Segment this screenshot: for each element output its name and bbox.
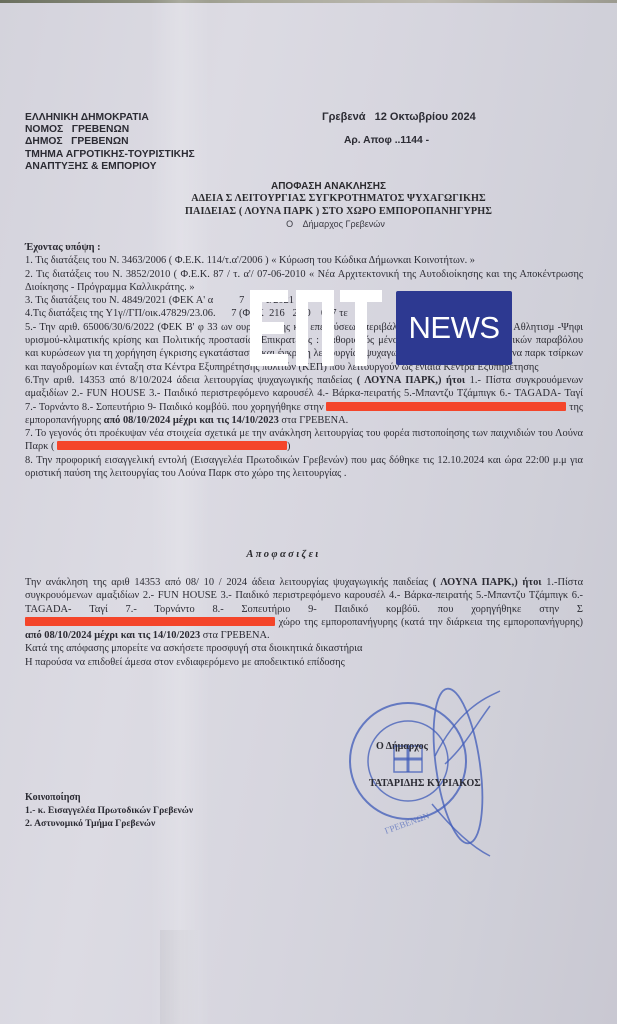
news-logo-text: NEWS — [409, 310, 500, 346]
issuer-line: ΕΛΛΗΝΙΚΗ ΔΗΜΟΚΡΑΤΙΑ — [25, 112, 195, 124]
considering-item-7: 7. Το γεγονός ότι προέκυψαν νέα στοιχεία… — [25, 427, 583, 454]
document-page: ΕΛΛΗΝΙΚΗ ΔΗΜΟΚΡΑΤΙΑ ΝΟΜΟΣ ΓΡΕΒΕΝΩΝ ΔΗΜΟΣ… — [0, 0, 617, 1024]
signatory-role: Ο Δήμαρχος — [376, 741, 428, 752]
notification-list: Κοινοποίηση 1.- κ. Εισαγγελέα Πρωτοδικών… — [25, 791, 193, 830]
decision-section: Την ανάκληση της αριθ 14353 από 08/ 10 /… — [25, 576, 583, 669]
document-title: ΑΠΟΦΑΣΗ ΑΝΑΚΛΗΣΗΣ ΑΔΕΙΑ Σ ΛΕΙΤΟΥΡΓΙΑΣ ΣΥ… — [0, 181, 617, 230]
title-line: ΠΑΙΔΕΙΑΣ ( ΛΟΥΝΑ ΠΑΡΚ ) ΣΤΟ ΧΩΡΟ ΕΜΠΟΡΟΠ… — [60, 206, 617, 219]
svg-text:ΓΡΕΒΕΝΩΝ: ΓΡΕΒΕΝΩΝ — [383, 810, 431, 836]
signatory-name: ΤΑΤΑΡΙΔΗΣ ΚΥΡΙΑΚΟΣ — [369, 778, 481, 789]
mayor-line: Ο Δήμαρχος Γρεβενών — [54, 218, 617, 230]
redaction-bar — [25, 617, 275, 626]
considering-item: 1. Τις διατάξεις του Ν. 3463/2006 ( Φ.Ε.… — [25, 254, 583, 267]
notification-item: 2. Αστυνομικό Τμήμα Γρεβενών — [25, 817, 193, 830]
appeal-note: Κατά της απόφασης μπορείτε να ασκήσετε π… — [25, 642, 583, 655]
decision-number: Αρ. Αποφ ..1144 - — [344, 135, 476, 146]
title-line: ΑΔΕΙΑ Σ ΛΕΙΤΟΥΡΓΙΑΣ ΣΥΓΚΡΟΤΗΜΑΤΟΣ ΨΥΧΑΓΩ… — [60, 193, 617, 206]
decides-heading: Αποφασιζει — [0, 549, 592, 560]
notification-heading: Κοινοποίηση — [25, 791, 193, 804]
decision-paragraph: Την ανάκληση της αριθ 14353 από 08/ 10 /… — [25, 576, 583, 642]
municipal-stamp-and-signature: ΓΡΕΒΕΝΩΝ — [340, 686, 510, 866]
place-date: Γρεβενά 12 Οκτωβρίου 2024 — [322, 111, 476, 123]
considering-item-6: 6.Την αριθ. 14353 από 8/10/2024 άδεια λε… — [25, 374, 583, 427]
ert-logo — [250, 290, 382, 366]
title-line: ΑΠΟΦΑΣΗ ΑΝΑΚΛΗΣΗΣ — [40, 181, 617, 193]
notification-item: 1.- κ. Εισαγγελέα Πρωτοδικών Γρεβενών — [25, 804, 193, 817]
issuer-line: ΤΜΗΜΑ ΑΓΡΟΤΙΚΗΣ-ΤΟΥΡΙΣΤΙΚΗΣ — [25, 149, 195, 161]
issuer-line: ΝΟΜΟΣ ΓΡΕΒΕΝΩΝ — [25, 124, 195, 136]
redaction-bar — [57, 441, 287, 450]
news-logo: NEWS — [396, 291, 512, 365]
date-number-block: Γρεβενά 12 Οκτωβρίου 2024 Αρ. Αποφ ..114… — [322, 111, 476, 146]
issuer-line: ΔΗΜΟΣ ΓΡΕΒΕΝΩΝ — [25, 136, 195, 148]
considering-item: 8. Την προφορική εισαγγελική εντολή (Εισ… — [25, 454, 583, 481]
redaction-bar — [326, 402, 566, 411]
service-note: Η παρούσα να επιδοθεί άμεσα στον ενδιαφε… — [25, 656, 583, 669]
considering-lead: Έχοντας υπόψη : — [25, 241, 583, 254]
issuer-block: ΕΛΛΗΝΙΚΗ ΔΗΜΟΚΡΑΤΙΑ ΝΟΜΟΣ ΓΡΕΒΕΝΩΝ ΔΗΜΟΣ… — [25, 112, 195, 173]
issuer-line: ΑΝΑΠΤΥΞΗΣ & ΕΜΠΟΡΙΟΥ — [25, 161, 195, 173]
